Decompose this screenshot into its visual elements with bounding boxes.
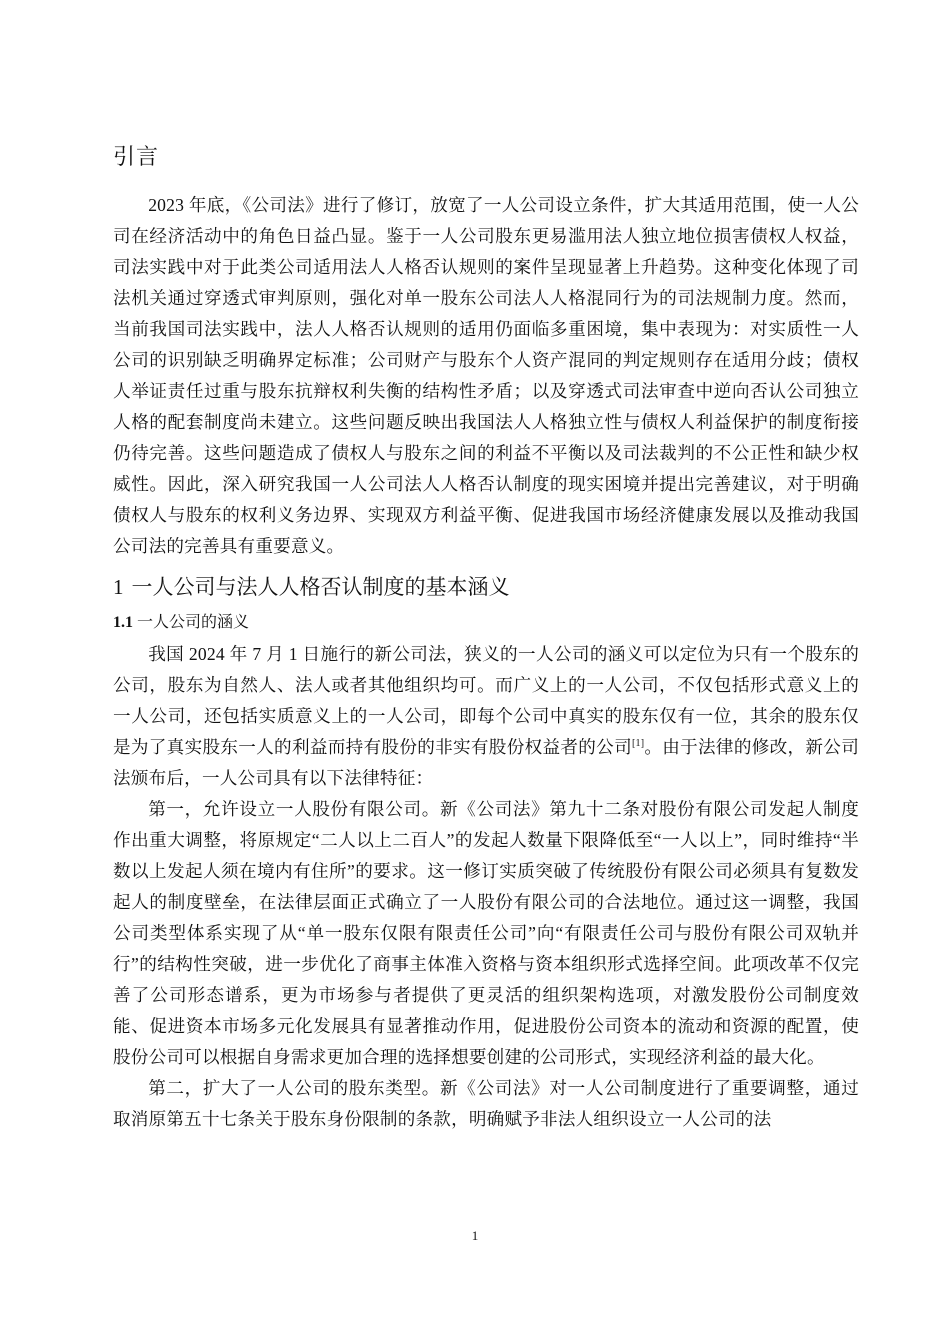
subsection-1-1-heading: 1.1一人公司的涵义 xyxy=(113,608,859,637)
feature-one-paragraph: 第一，允许设立一人股份有限公司。新《公司法》第九十二条对股份有限公司发起人制度作… xyxy=(113,794,859,1073)
definition-paragraph: 我国 2024 年 7 月 1 日施行的新公司法，狭义的一人公司的涵义可以定位为… xyxy=(113,639,859,794)
document-page: 引言 2023 年底，《公司法》进行了修订，放宽了一人公司设立条件，扩大其适用范… xyxy=(0,0,950,1344)
feature-two-paragraph: 第二，扩大了一人公司的股东类型。新《公司法》对一人公司制度进行了重要调整，通过取… xyxy=(113,1073,859,1135)
page-content: 引言 2023 年底，《公司法》进行了修订，放宽了一人公司设立条件，扩大其适用范… xyxy=(113,140,859,1135)
citation-reference[interactable]: [1] xyxy=(632,738,644,749)
section-1-heading: 1一人公司与法人人格否认制度的基本涵义 xyxy=(113,570,859,604)
intro-paragraph: 2023 年底，《公司法》进行了修订，放宽了一人公司设立条件，扩大其适用范围，使… xyxy=(113,190,859,562)
subsection-1-1-title: 一人公司的涵义 xyxy=(137,612,249,631)
intro-heading: 引言 xyxy=(113,140,859,176)
section-1-title: 一人公司与法人人格否认制度的基本涵义 xyxy=(132,575,510,599)
page-number: 1 xyxy=(0,1228,950,1244)
subsection-1-1-number: 1.1 xyxy=(113,614,133,631)
section-1-number: 1 xyxy=(113,575,124,599)
